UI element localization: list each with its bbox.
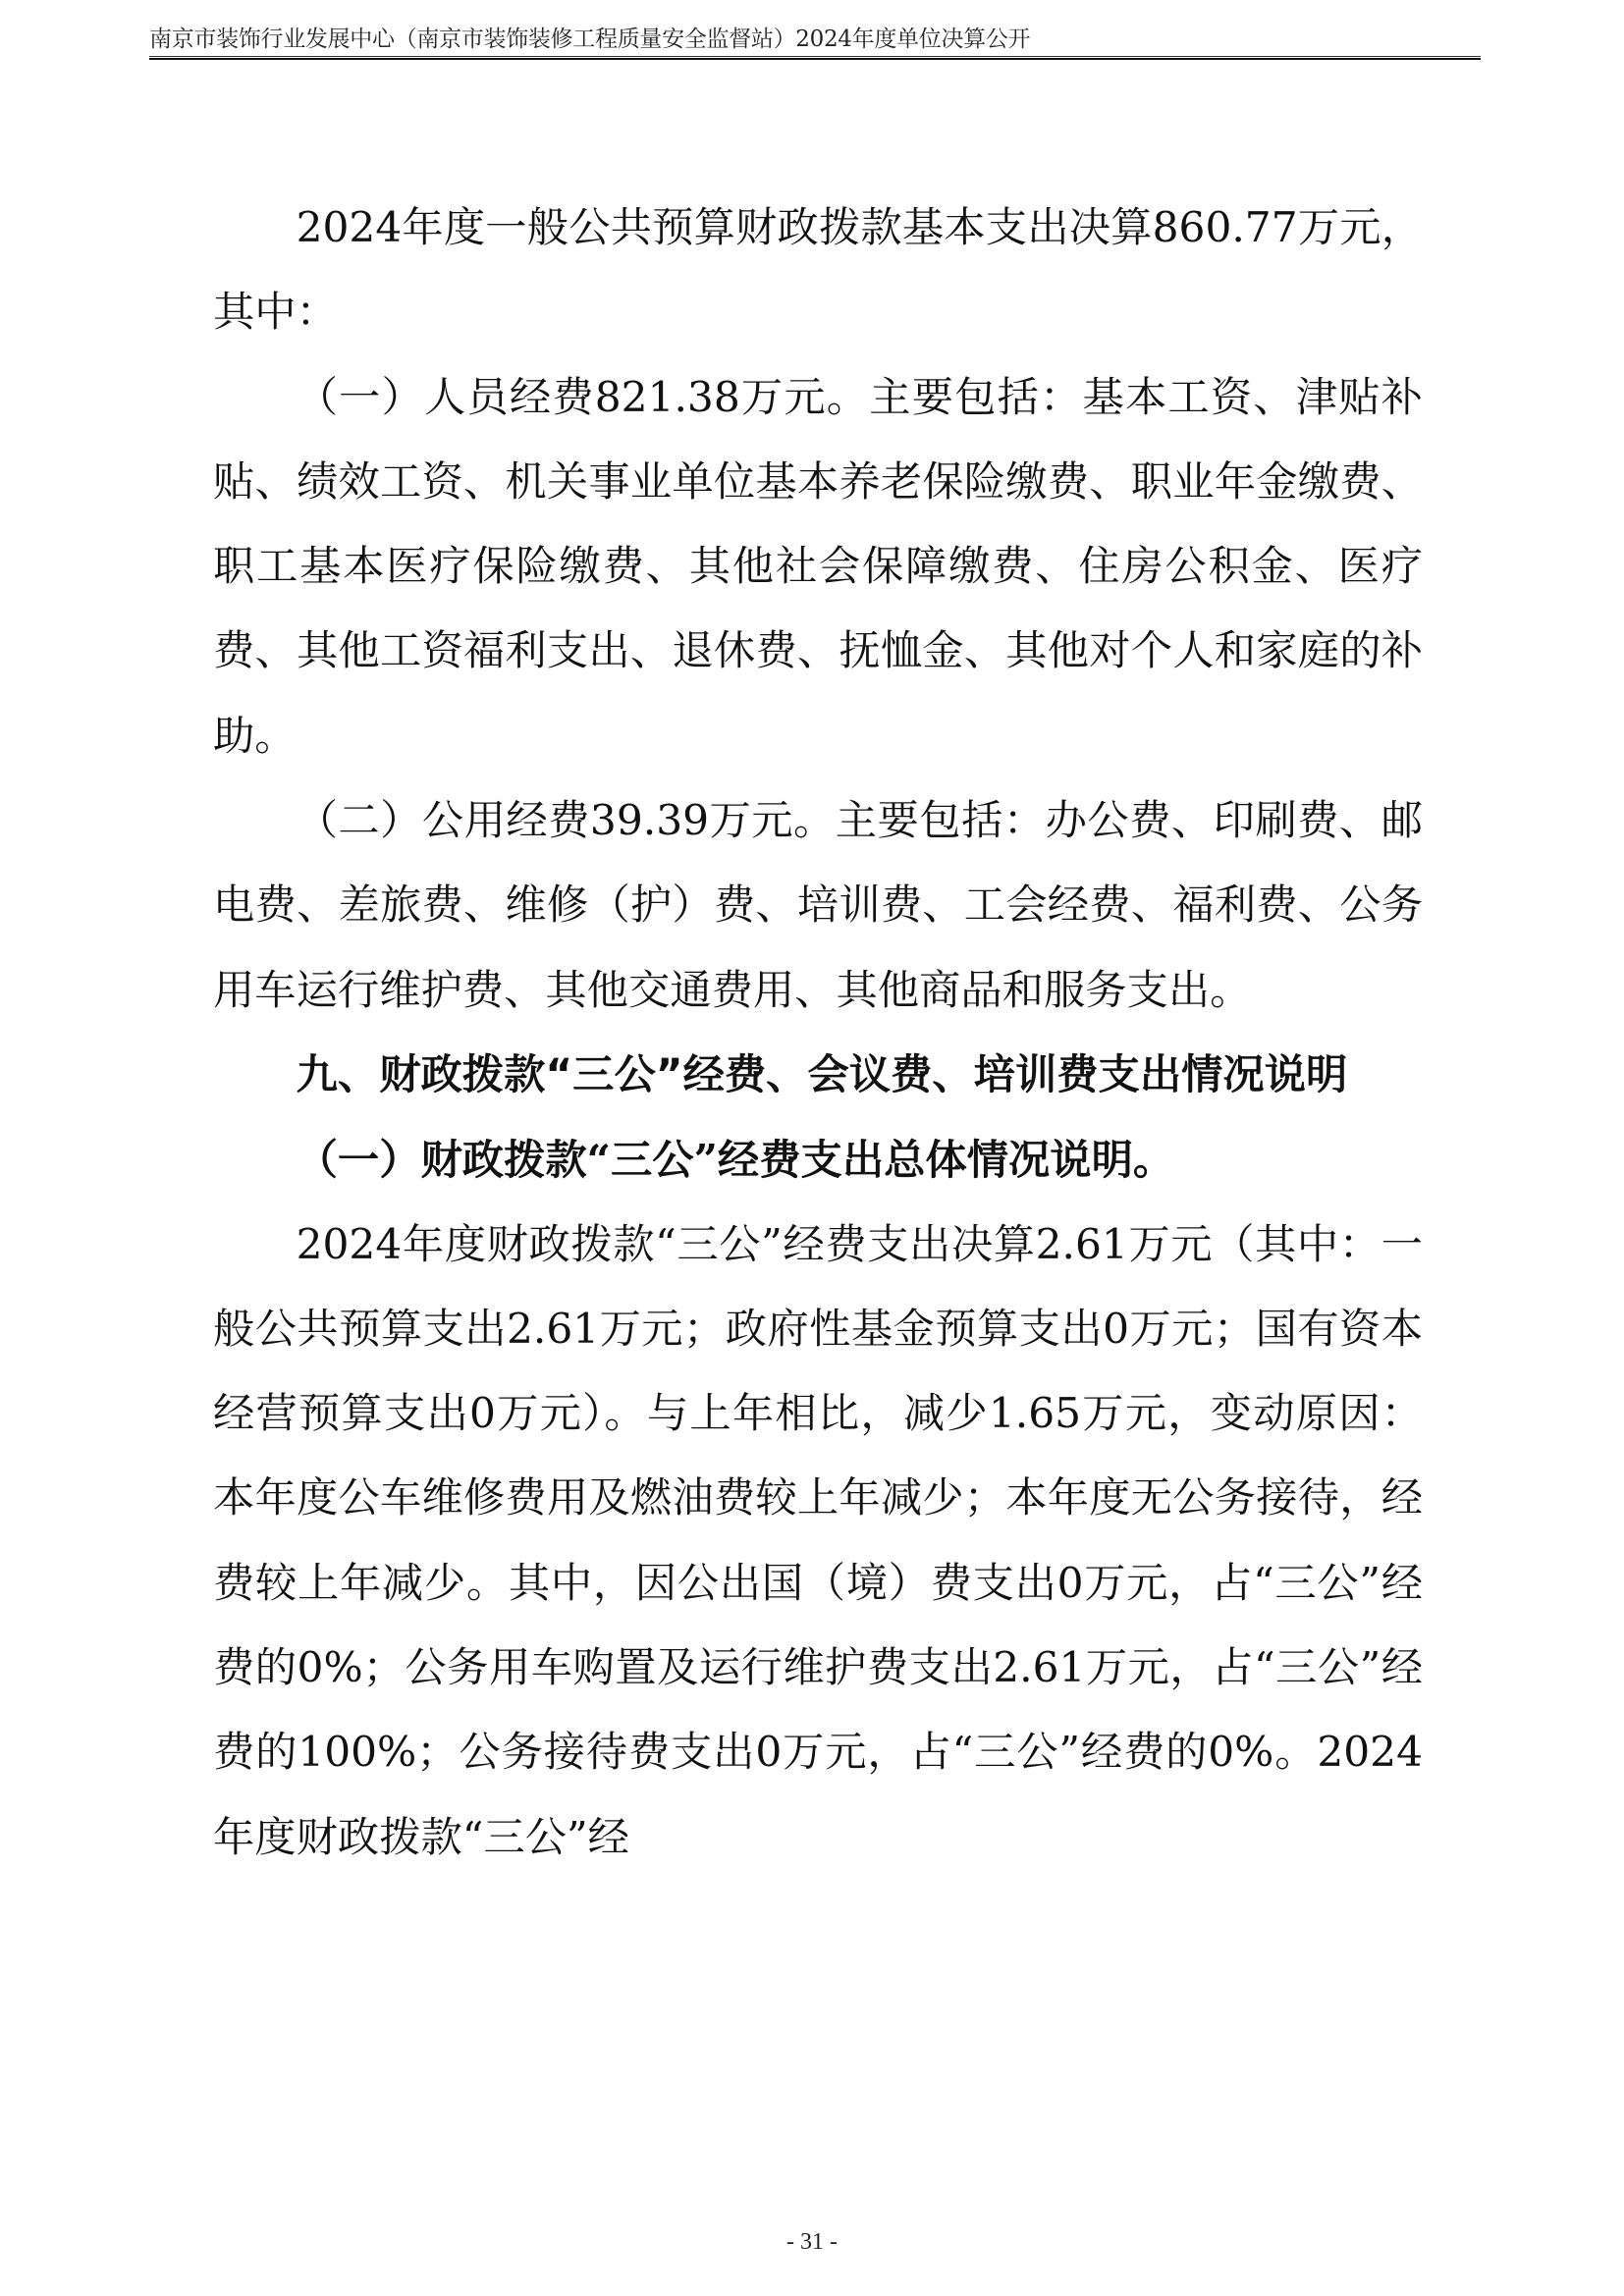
page-header: 南京市装饰行业发展中心（南京市装饰装修工程质量安全监督站）2024年度单位决算公… [149, 26, 1481, 53]
personnel-expense-label: （一）人员经费821.38万元。 [297, 373, 870, 421]
document-body: 2024年度一般公共预算财政拨款基本支出决算860.77万元，其中： （一）人员… [213, 186, 1423, 1880]
document-running-title: 南京市装饰行业发展中心（南京市装饰装修工程质量安全监督站）2024年度单位决算公… [149, 26, 1481, 53]
section-heading: 九、财政拨款“三公”经费、会议费、培训费支出情况说明 [213, 1033, 1423, 1117]
public-expense-paragraph: （二）公用经费39.39万元。主要包括：办公费、印刷费、邮电费、差旅费、维修（护… [213, 778, 1423, 1033]
public-expense-label: （二）公用经费39.39万元。 [297, 796, 836, 844]
page-number: - 31 - [0, 2228, 1624, 2256]
personnel-expense-paragraph: （一）人员经费821.38万元。主要包括：基本工资、津贴补贴、绩效工资、机关事业… [213, 355, 1423, 778]
subheading: （一）财政拨款“三公”经费支出总体情况说明。 [213, 1117, 1423, 1201]
personnel-expense-text: 主要包括：基本工资、津贴补贴、绩效工资、机关事业单位基本养老保险缴费、职业年金缴… [213, 373, 1423, 760]
intro-paragraph: 2024年度一般公共预算财政拨款基本支出决算860.77万元，其中： [213, 186, 1423, 355]
three-public-expenses-summary: 2024年度财政拨款“三公”经费支出决算2.61万元（其中：一般公共预算支出2.… [213, 1202, 1423, 1880]
header-divider [149, 56, 1481, 60]
